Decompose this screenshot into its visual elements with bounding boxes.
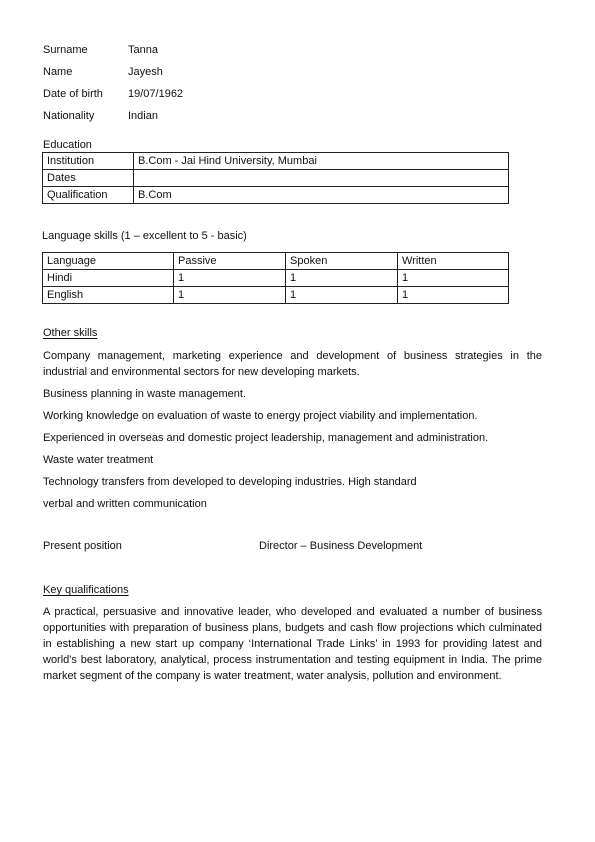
nationality-label: Nationality (43, 110, 94, 122)
spoken-cell: 1 (286, 270, 398, 287)
education-value-cell (134, 170, 509, 187)
table-row: Qualification B.Com (43, 187, 509, 204)
nationality-value: Indian (128, 110, 158, 122)
key-qualifications-text: A practical, persuasive and innovative l… (43, 604, 542, 684)
education-label-cell: Qualification (43, 187, 134, 204)
written-cell: 1 (398, 270, 509, 287)
table-row: Institution B.Com - Jai Hind University,… (43, 153, 509, 170)
education-heading: Education (43, 139, 92, 151)
surname-label: Surname (43, 44, 88, 56)
language-table: Language Passive Spoken Written Hindi 1 … (42, 252, 509, 304)
education-value-cell: B.Com - Jai Hind University, Mumbai (134, 153, 509, 170)
dob-label: Date of birth (43, 88, 103, 100)
column-header: Spoken (286, 253, 398, 270)
education-value-cell: B.Com (134, 187, 509, 204)
table-header-row: Language Passive Spoken Written (43, 253, 509, 270)
education-table: Institution B.Com - Jai Hind University,… (42, 152, 509, 204)
present-position-label: Present position (43, 540, 122, 552)
skill-item: Company management, marketing experience… (43, 348, 542, 380)
written-cell: 1 (398, 287, 509, 304)
language-skills-heading: Language skills (1 – excellent to 5 - ba… (42, 230, 247, 242)
column-header: Language (43, 253, 174, 270)
table-row: Dates (43, 170, 509, 187)
skill-item: Business planning in waste management. (43, 386, 542, 402)
passive-cell: 1 (174, 270, 286, 287)
education-label-cell: Dates (43, 170, 134, 187)
language-cell: Hindi (43, 270, 174, 287)
table-row: English 1 1 1 (43, 287, 509, 304)
name-value: Jayesh (128, 66, 163, 78)
skill-item: Technology transfers from developed to d… (43, 474, 542, 490)
education-label-cell: Institution (43, 153, 134, 170)
skill-item: Working knowledge on evaluation of waste… (43, 408, 542, 424)
skill-item: Experienced in overseas and domestic pro… (43, 430, 542, 446)
skill-item: verbal and written communication (43, 496, 542, 512)
surname-value: Tanna (128, 44, 158, 56)
language-cell: English (43, 287, 174, 304)
name-label: Name (43, 66, 72, 78)
spoken-cell: 1 (286, 287, 398, 304)
skill-item: Waste water treatment (43, 452, 542, 468)
passive-cell: 1 (174, 287, 286, 304)
table-row: Hindi 1 1 1 (43, 270, 509, 287)
column-header: Written (398, 253, 509, 270)
other-skills-heading: Other skills (43, 327, 97, 339)
present-position-value: Director – Business Development (259, 540, 422, 552)
dob-value: 19/07/1962 (128, 88, 183, 100)
column-header: Passive (174, 253, 286, 270)
key-qualifications-heading: Key qualifications (43, 584, 129, 596)
